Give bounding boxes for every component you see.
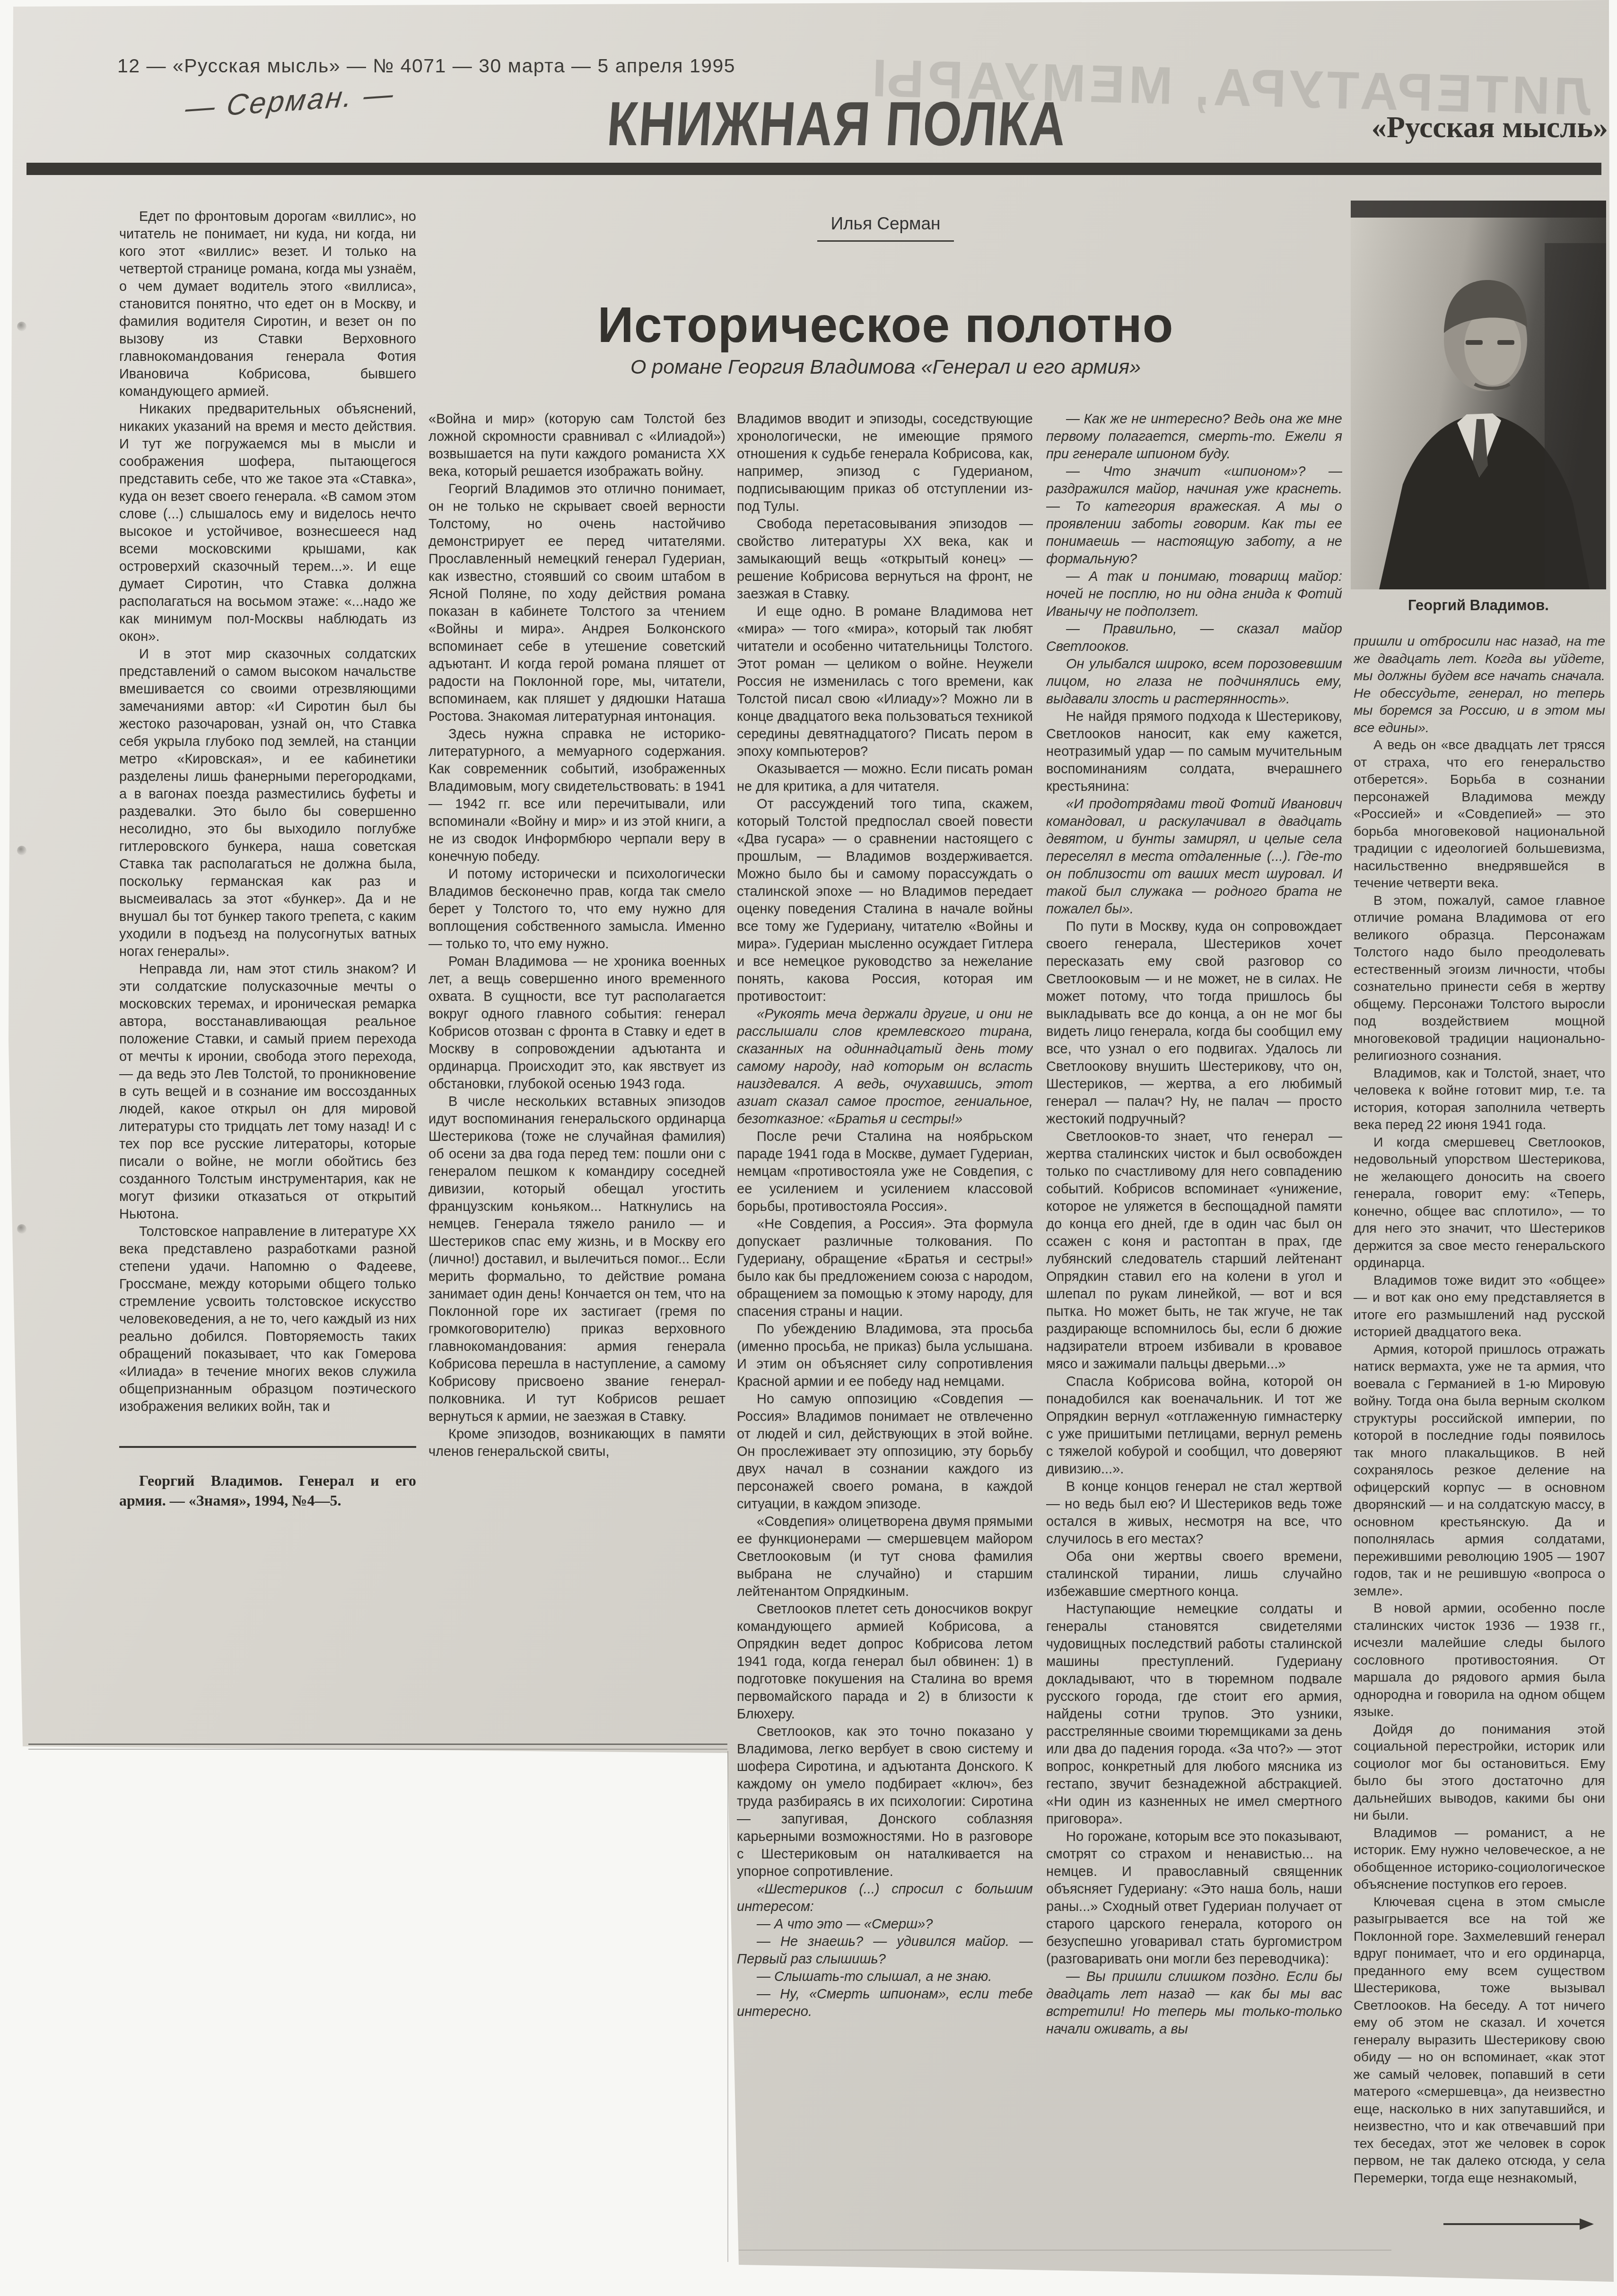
portrait-photo-image xyxy=(1351,201,1606,589)
newspaper-brand: «Русская мысль» xyxy=(1305,110,1608,145)
article-paragraph: Неправда ли, нам этот стиль знаком? И эт… xyxy=(119,961,416,1223)
article-paragraph: — А так и понимаю, товарищ майор: ночей … xyxy=(1046,568,1342,621)
article-paragraph: После речи Сталина на ноябрьском параде … xyxy=(737,1128,1033,1216)
article-title: Историческое полотно xyxy=(428,297,1343,354)
article-paragraph: Светлооков, как это точно показано у Вла… xyxy=(737,1723,1033,1881)
article-paragraph: Оба они жертвы своего времени, сталинско… xyxy=(1046,1548,1342,1601)
article-paragraph: «Рукоять меча держали другие, и они не р… xyxy=(737,1006,1033,1128)
article-paragraph: Роман Владимова — не хроника военных лет… xyxy=(428,953,725,1093)
article-author-name: Илья Серман xyxy=(817,214,953,242)
article-paragraph: пришли и отбросили нас назад, на те же д… xyxy=(1354,633,1605,736)
article-paragraph: — Как же не интересно? Ведь она же мне п… xyxy=(1046,411,1342,463)
section-title: КНИЖНАЯ ПОЛКА xyxy=(589,88,1086,159)
masthead-issue-line: 12 — «Русская мысль» — № 4071 — 30 марта… xyxy=(117,55,735,77)
article-paragraph: Владимов — романист, а не историк. Ему н… xyxy=(1354,1824,1605,1893)
article-paragraph: Георгий Владимов это отлично понимает, о… xyxy=(428,481,725,726)
punch-hole xyxy=(17,846,26,855)
article-paragraph: — Слышать-то слышал, а не знаю. xyxy=(737,1968,1033,1986)
article-paragraph: Ключевая сцена в этом смысле разыгрывает… xyxy=(1354,1893,1605,2187)
clipping-cut-edge-vertical xyxy=(727,1751,728,2262)
continuation-arrow-icon xyxy=(1443,2223,1592,2225)
article-paragraph: Свобода перетасовывания эпизодов — свойс… xyxy=(737,516,1033,603)
article-paragraph: Здесь нужна справка не историко-литерату… xyxy=(428,726,725,866)
article-paragraph: В этом, пожалуй, самое главное отличие р… xyxy=(1354,892,1605,1065)
article-paragraph: И когда смершевец Светлооков, недовольны… xyxy=(1354,1134,1605,1272)
article-paragraph: «Шестериков (...) спросил с большим инте… xyxy=(737,1881,1033,1916)
article-paragraph: А ведь он «все двадцать лет трясся от ст… xyxy=(1354,736,1605,892)
article-paragraph: Владимов, как и Толстой, знает, что чело… xyxy=(1354,1065,1605,1134)
article-paragraph: Никаких предварительных объяснений, ника… xyxy=(119,401,416,646)
punch-hole xyxy=(17,322,26,331)
book-citation: Георгий Владимов. Генерал и его армия. —… xyxy=(119,1471,416,1510)
article-paragraph: — А что это — «Смерш»? xyxy=(737,1916,1033,1933)
article-paragraph: И в этот мир сказочных солдатских предст… xyxy=(119,646,416,961)
article-paragraph: Светлооков плетет сеть доносчиков вокруг… xyxy=(737,1601,1033,1723)
article-subtitle: О романе Георгия Владимова «Генерал и ег… xyxy=(428,356,1343,379)
article-paragraph: Не найдя прямого подхода к Шестерикову, … xyxy=(1046,708,1342,796)
article-paragraph: Светлооков-то знает, что генерал — жертв… xyxy=(1046,1128,1342,1373)
punch-hole xyxy=(17,1224,26,1234)
photo-caption: Георгий Владимов. xyxy=(1351,597,1606,614)
text-column-1: Едет по фронтовым дорогам «виллис», но ч… xyxy=(119,208,416,1736)
article-paragraph: Едет по фронтовым дорогам «виллис», но ч… xyxy=(119,208,416,401)
text-column-2: «Война и мир» (которую сам Толстой без л… xyxy=(428,411,725,1707)
article-paragraph: И потому исторически и психологически Вл… xyxy=(428,866,725,953)
article-paragraph: — Ну, «Смерть шпионам», если тебе интере… xyxy=(737,1986,1033,2021)
article-paragraph: От рассуждений того типа, скажем, которы… xyxy=(737,796,1033,1006)
article-paragraph: Наступающие немецкие солдаты и генералы … xyxy=(1046,1601,1342,1828)
article-paragraph: «Совдепия» олицетворена двумя прямыми ее… xyxy=(737,1513,1033,1601)
text-column-3: Владимов вводит и эпизоды, соседствующие… xyxy=(737,411,1033,2213)
newspaper-page: ЛИТЕРАТУРА, МЕМУАРЫ 12 — «Русская мысль»… xyxy=(0,0,1617,2296)
article-paragraph: Но горожане, которым все это показывают,… xyxy=(1046,1828,1342,1968)
article-paragraph: По убеждению Владимова, эта просьба (име… xyxy=(737,1321,1033,1391)
article-paragraph: Кроме эпизодов, возникающих в памяти чле… xyxy=(428,1426,725,1461)
article-paragraph: Но самую оппозицию «Совдепия — Россия» В… xyxy=(737,1391,1033,1513)
article-paragraph: «И продотрядами твой Фотий Иванович кома… xyxy=(1046,796,1342,918)
article-paragraph: По пути в Москву, куда он сопровождает с… xyxy=(1046,918,1342,1128)
portrait-photo xyxy=(1351,201,1606,589)
article-paragraph: И еще одно. В романе Владимова нет «мира… xyxy=(737,603,1033,761)
article-paragraph: В новой армии, особенно после сталинских… xyxy=(1354,1600,1605,1721)
article-paragraph: «Война и мир» (которую сам Толстой без л… xyxy=(428,411,725,481)
article-paragraph: Владимов тоже видит это «общее» — и вот … xyxy=(1354,1272,1605,1341)
header-rule xyxy=(26,163,1601,175)
clipping-cut-edge xyxy=(28,1744,727,1745)
article-paragraph: Толстовское направление в литературе XX … xyxy=(119,1223,416,1416)
article-paragraph: — Правильно, — сказал майор Светлооков. xyxy=(1046,621,1342,656)
article-paragraph: — Не знаешь? — удивился майор. — Первый … xyxy=(737,1933,1033,1968)
article-paragraph: В конце концов генерал не стал жертвой —… xyxy=(1046,1478,1342,1548)
clipping-cut-edge-inner xyxy=(28,1749,727,1750)
article-paragraph: Армия, которой пришлось отражать натиск … xyxy=(1354,1341,1605,1600)
article-paragraph: Дойдя до понимания этой социальной перес… xyxy=(1354,1721,1605,1824)
article-paragraph: Спасла Кобрисова война, которой он понад… xyxy=(1046,1373,1342,1478)
text-column-5: пришли и отбросили нас назад, на те же д… xyxy=(1354,633,1605,2189)
article-paragraph: Он улыбался широко, всем порозовевшим ли… xyxy=(1046,656,1342,708)
article-paragraph: — Вы пришли слишком поздно. Если бы двад… xyxy=(1046,1968,1342,2038)
article-paragraph: В числе нескольких вставных эпизодов иду… xyxy=(428,1093,725,1426)
article-author: Илья Серман xyxy=(428,214,1343,242)
clipping-bottom-edge xyxy=(739,2250,1391,2251)
footnote-rule xyxy=(119,1446,416,1448)
article-paragraph: — Что значит «шпионом»? — раздражился ма… xyxy=(1046,463,1342,568)
article-paragraph: Владимов вводит и эпизоды, соседствующие… xyxy=(737,411,1033,516)
text-column-4: — Как же не интересно? Ведь она же мне п… xyxy=(1046,411,1342,2213)
article-paragraph: «Не Совдепия, а Россия». Эта формула доп… xyxy=(737,1216,1033,1321)
article-paragraph: Оказывается — можно. Если писать роман н… xyxy=(737,761,1033,796)
